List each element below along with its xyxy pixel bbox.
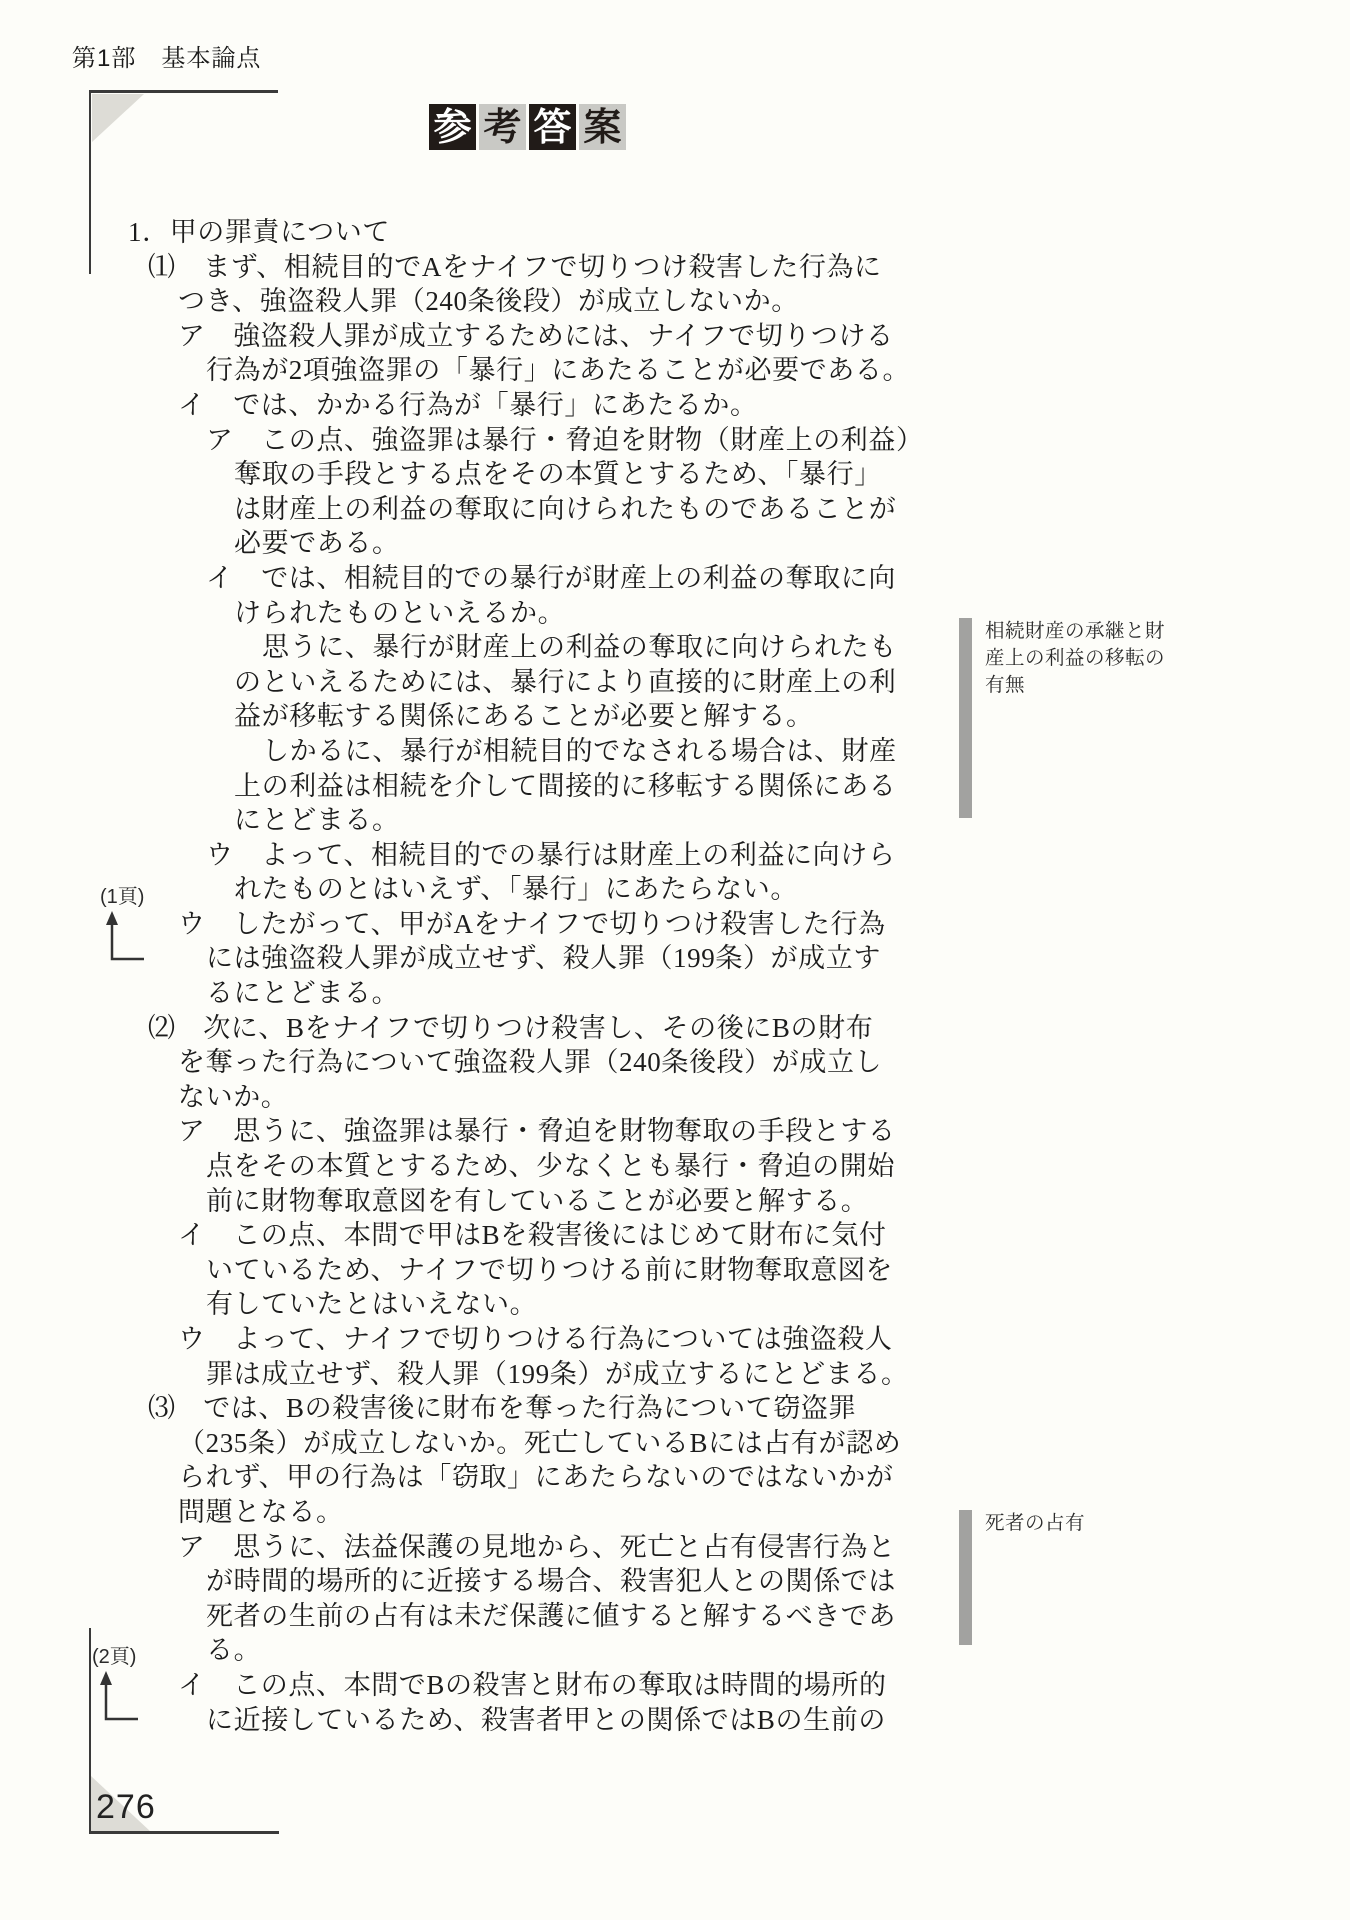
up-arrow-corner-icon xyxy=(100,909,150,967)
body-line: 有していたとはいえない。 xyxy=(0,1287,960,1322)
corner-triangle-top xyxy=(92,94,146,144)
body-line: ⑶ では、Bの殺害後に財布を奪った行為について窃盗罪 xyxy=(0,1391,960,1426)
body-line: のといえるためには、暴行により直接的に財産上の利 xyxy=(0,665,960,700)
chapter-header: 第1部 基本論点 xyxy=(72,38,261,73)
body-line: られず、甲の行為は「窃取」にあたらないのではないかが xyxy=(0,1460,960,1495)
page-break-label: (2頁) xyxy=(92,1640,142,1669)
body-line: ないか。 xyxy=(0,1080,960,1115)
page-break-marker-2: (2頁) xyxy=(92,1640,142,1732)
body-line: が時間的場所的に近接する場合、殺害犯人との関係では xyxy=(0,1564,960,1599)
body-line: 必要である。 xyxy=(0,526,960,561)
answer-title: 参 考 答 案 xyxy=(429,104,626,150)
body-line: イ この点、本問でBの殺害と財布の奪取は時間的場所的 xyxy=(0,1668,960,1703)
body-line: るにとどまる。 xyxy=(0,976,960,1011)
body-line: けられたものといえるか。 xyxy=(0,596,960,631)
body-line: に近接しているため、殺害者甲との関係ではBの生前の xyxy=(0,1703,960,1738)
body-line: 死者の生前の占有は未だ保護に値すると解するべきであ xyxy=(0,1599,960,1634)
body-line: いているため、ナイフで切りつける前に財物奪取意図を xyxy=(0,1253,960,1288)
page-break-marker-1: (1頁) xyxy=(100,880,150,972)
body-line: 問題となる。 xyxy=(0,1495,960,1530)
page-break-label: (1頁) xyxy=(100,880,150,909)
body-line: 思うに、暴行が財産上の利益の奪取に向けられたも xyxy=(0,630,960,665)
body-line: つき、強盗殺人罪（240条後段）が成立しないか。 xyxy=(0,284,960,319)
body-line: を奪った行為について強盗殺人罪（240条後段）が成立し xyxy=(0,1045,960,1080)
margin-note-text: 死者の占有 xyxy=(985,1510,1177,1645)
body-line: イ では、相続目的での暴行が財産上の利益の奪取に向 xyxy=(0,561,960,596)
body-line: 益が移転する関係にあることが必要と解する。 xyxy=(0,699,960,734)
margin-note: 相続財産の承継と財産上の利益の移転の有無 xyxy=(959,618,1177,818)
title-char-box: 答 xyxy=(529,104,576,150)
body-line: 行為が2項強盗罪の「暴行」にあたることが必要である。 xyxy=(0,353,960,388)
header-rule xyxy=(90,90,278,93)
book-page: { "header": { "text": "第1部 基本論点" }, "tit… xyxy=(0,0,1350,1920)
body-line: る。 xyxy=(0,1633,960,1668)
body-line: 上の利益は相続を介して間接的に移転する関係にある xyxy=(0,769,960,804)
body-line: 1．甲の罪責について xyxy=(0,215,960,250)
body-line: にとどまる。 xyxy=(0,803,960,838)
body-line: 前に財物奪取意図を有していることが必要と解する。 xyxy=(0,1184,960,1219)
footer-rule xyxy=(89,1831,279,1834)
body-line: 点をその本質とするため、少なくとも暴行・脅迫の開始 xyxy=(0,1149,960,1184)
margin-note-bar xyxy=(959,618,972,818)
body-line: 奪取の手段とする点をその本質とするため、「暴行」 xyxy=(0,457,960,492)
title-char-box: 考 xyxy=(479,104,526,150)
title-char-box: 参 xyxy=(429,104,476,150)
title-char-box: 案 xyxy=(579,104,626,150)
margin-note-bar xyxy=(959,1510,972,1645)
body-line: ア 思うに、強盗罪は暴行・脅迫を財物奪取の手段とする xyxy=(0,1114,960,1149)
body-line: は財産上の利益の奪取に向けられたものであることが xyxy=(0,492,960,527)
margin-note: 死者の占有 xyxy=(959,1510,1177,1645)
body-line: ア 強盗殺人罪が成立するためには、ナイフで切りつける xyxy=(0,319,960,354)
body-line: しかるに、暴行が相続目的でなされる場合は、財産 xyxy=(0,734,960,769)
body-line: ウ よって、相続目的での暴行は財産上の利益に向けら xyxy=(0,838,960,873)
body-line: ⑵ 次に、Bをナイフで切りつけ殺害し、その後にBの財布 xyxy=(0,1011,960,1046)
body-line: 罪は成立せず、殺人罪（199条）が成立するにとどまる。 xyxy=(0,1357,960,1392)
margin-note-text: 相続財産の承継と財産上の利益の移転の有無 xyxy=(985,618,1177,818)
body-line: ア この点、強盗罪は暴行・脅迫を財物（財産上の利益） xyxy=(0,423,960,458)
body-line: ウ よって、ナイフで切りつける行為については強盗殺人 xyxy=(0,1322,960,1357)
body-line: ⑴ まず、相続目的でAをナイフで切りつけ殺害した行為に xyxy=(0,250,960,285)
answer-body: 1．甲の罪責について ⑴ まず、相続目的でAをナイフで切りつけ殺害した行為に つ… xyxy=(0,215,960,1737)
body-line: ア 思うに、法益保護の見地から、死亡と占有侵害行為と xyxy=(0,1530,960,1565)
body-line: （235条）が成立しないか。死亡しているBには占有が認め xyxy=(0,1426,960,1461)
up-arrow-corner-icon xyxy=(92,1669,142,1727)
page-number: 276 xyxy=(96,1788,156,1827)
body-line: イ この点、本問で甲はBを殺害後にはじめて財布に気付 xyxy=(0,1218,960,1253)
body-line: イ では、かかる行為が「暴行」にあたるか。 xyxy=(0,388,960,423)
